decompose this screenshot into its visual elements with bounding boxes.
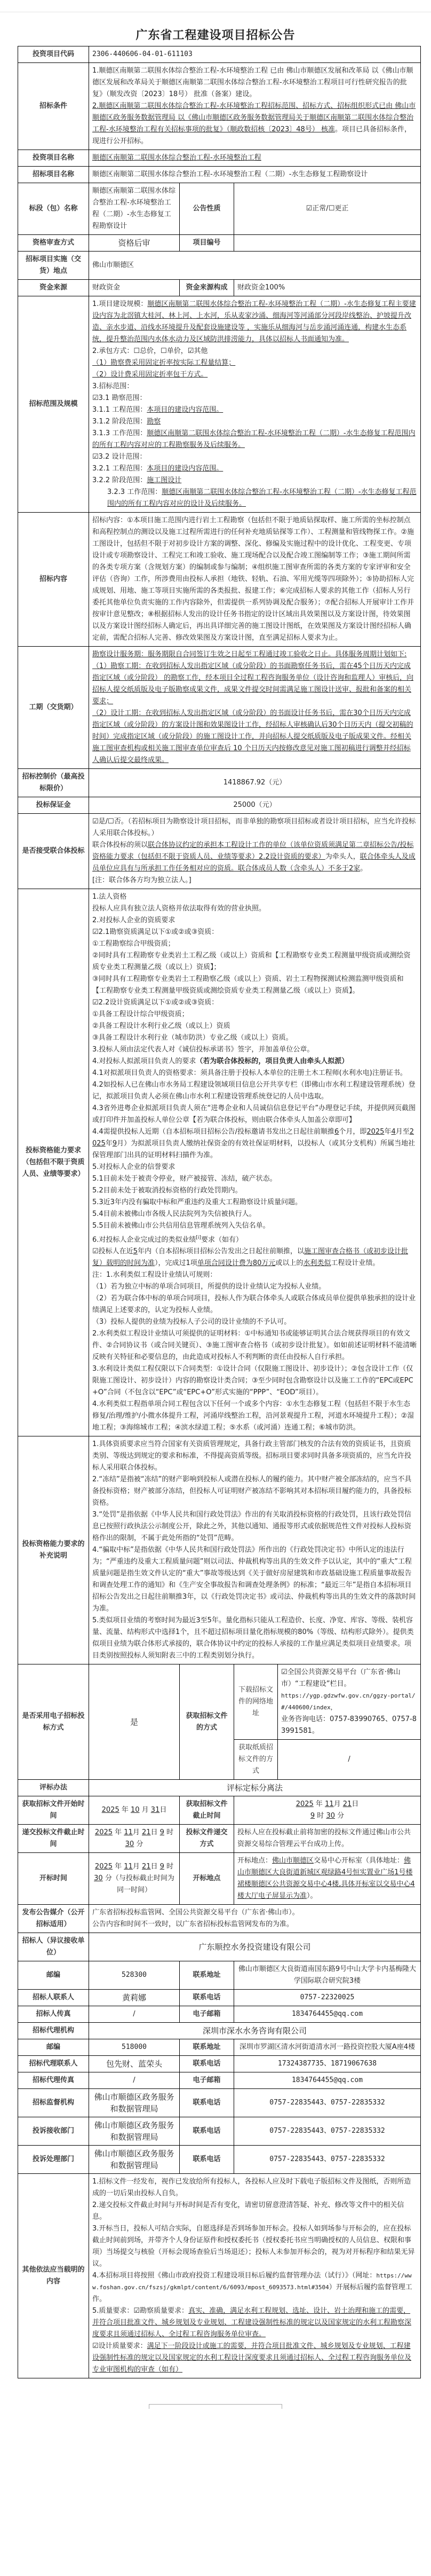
row-content: 招标内容 招标内容：①本项目施工范围内进行岩土工程勘察（包括但不限于地质钻探取样… (18, 513, 421, 647)
row-media: 发布公告媒介（公开招标适用） 广东省招标投标监管网、全国公共资源交易平台（广东省… (18, 1905, 421, 1933)
note-line: 5.类似项目业绩的考察时间为最近3至5年。量化指标只能从工程造价、长度、净宽、库… (92, 1615, 417, 1662)
tenderer-email-label: 电子邮箱 (180, 2006, 234, 2023)
l44-f: 月）为拟派项目负责人缴纳社保资金的有效社保证明材料，以投标人（或其分支机构）所属… (92, 1140, 415, 1159)
scope-value: 1.项目建设规模：顺德区南顺第二联围水体综合整治工程-水环境整治工程（二期）-水… (89, 296, 421, 513)
qualification-value: 资格后审 (89, 235, 180, 252)
req-line: ②同时具有工程勘察专业类岩土工程乙级（或以上）资质和【工程勘察专业类工程测量甲级… (92, 950, 417, 973)
tenderer-addr-value: 佛山市顺德区大良街道南国东路9号中山大学卡内基梅隆大学国际联合研究院3楼 (234, 1961, 421, 1990)
conditions-value: 1.顺德区南顺第二联围水体综合整治工程-水环境整治工程 已由 佛山市顺德区发展和… (89, 63, 421, 150)
label: 获取招标文件开始时间 (18, 1796, 89, 1825)
label: 是否接受联合体投标 (18, 814, 89, 889)
agent-fax-value: / (89, 2072, 180, 2089)
req-note: 3.水利设计类似工程仅限以下合同类型：①设计合同（仅限施工图设计、初步设计）；②… (92, 1363, 417, 1399)
req-note: 2.水利类似工程设计业绩认可须提供的证明材料：①中标通知书或能够证明其合法合规获… (92, 1328, 417, 1363)
month: 10 (131, 1806, 140, 1814)
contract-2: （2）设计费采用固定折率包干方式。 (92, 369, 417, 381)
row-other: 其他依法应当载明的内容 1.招标文件一经发布，视作已发放给所有投标人，各投标人应… (18, 2174, 421, 2378)
l44-y1: 2025 (366, 1128, 384, 1136)
label: 投资项目名称 (18, 150, 89, 167)
period-value: 勘察设计服务期：服务期限自合同签订生效之日起至工程通过竣工验收之日止。具体服务周… (89, 647, 421, 769)
investment-name-value: 顺德区南顺第二联围水体综合整治工程-水环境整治工程 (89, 150, 421, 167)
day: 21 (142, 1828, 151, 1836)
other-value: 1.招标文件一经发布，视作已发放给所有投标人，各投标人应及时下载电子版招标文件及… (89, 2174, 421, 2378)
req-note: （1）若为独立中标的单项合同项目，所提供的设计业绩认定为投标人业绩。 (92, 1281, 417, 1293)
place-mid: 交易中心开标室（具体地址： (314, 1857, 404, 1865)
l44-m1: 4 (391, 1128, 395, 1136)
req-line: 4.2如投标人已在佛山市水务局工程建设领域项目信息公开共享专栏（即佛山市水利工程… (92, 1079, 417, 1103)
row-submit: 递交投标文件截止时间 2025 年 11月 21日 9 时 30 分 投标文件递… (18, 1825, 421, 1853)
agent-addr-label: 联系地址 (180, 2039, 234, 2056)
place-city: 佛山市顺德区 (272, 1857, 314, 1865)
s313-prefix: 3.1.3 工作范围： (92, 429, 147, 437)
label: 招标控制价（最高投标限价） (18, 769, 89, 797)
row-complaint-receive: 投诉接收部门 佛山市顺德区政务服务和数据管理局 联系电话 0757-228354… (18, 2117, 421, 2146)
complaint-proc-phone-value: 0757-22835443、0757-22835332 (234, 2146, 421, 2174)
req-line: ①工程勘察综合甲级资质； (92, 938, 417, 950)
label: 递交投标文件截止时间 (18, 1825, 89, 1853)
req-note: （3）投标人提供的业绩为投标人子公司的设计业绩的不予认可。 (92, 1316, 417, 1328)
agent-email-label: 电子邮箱 (180, 2072, 234, 2089)
note-line: 3.“处罚”是指依据《中华人民共和国行政处罚法》作出的有关取消投标资格的行政处罚… (92, 1509, 417, 1544)
section-value: 顺德区南顺第二联围水体综合整治工程-水环境整治工程（二期）-水生态修复工程勘察设… (89, 183, 180, 235)
place-prefix: 开标地点： (237, 1857, 272, 1865)
req-line: 1.法人资格 (92, 891, 417, 903)
project-code-label: 项目编号 (180, 235, 234, 252)
evaluation-value: 评标定标分离法 (89, 1780, 421, 1796)
day: 21 (343, 1800, 352, 1808)
other-l5-prefix: 5.质量要求：☑勘察质量要求： (92, 2307, 188, 2315)
req-note: 注：1.水利类似工程设计业绩认可规则： (92, 1269, 417, 1281)
label: 开标时间 (18, 1853, 89, 1905)
label: 招标项目实施（交货）地点 (18, 252, 89, 280)
consortium-p1-tail: 。 (360, 865, 367, 873)
day: 31 (151, 1806, 160, 1814)
agent-postcode: 518000 (89, 2039, 180, 2056)
label: 投标保证金 (18, 797, 89, 814)
label: 招标人传真 (18, 2006, 89, 2023)
label: 招标人（异议接收单位） (18, 1933, 89, 1961)
row-consortium: 是否接受联合体投标 ☑是/☐否。（若招标项目为勘察设计项目招标，而非单独的勘察项… (18, 814, 421, 889)
submit-deadline-value: 2025 年 11月 21日 9 时 30 分 (89, 1825, 180, 1853)
complaint-proc-phone-label: 联系电话 (180, 2146, 234, 2174)
download-line1: ☑全国公共资源交易平台（广东省·佛山市）“工程建设”栏目。 (281, 1667, 417, 1690)
same-time-note: （与投标截止时间为同一时间） (112, 1874, 174, 1894)
other-l3: 3.开标当日，投标人可结合实际，自愿选择是否到场参加开标会。投标人如到场参与开标… (92, 2223, 417, 2270)
label: 招标范围及规模 (18, 296, 89, 513)
download-phone: 业务咨询电话：0757-83990765、0757-83991581。 (281, 1714, 417, 1737)
row-section: 标段（包）名称 顺德区南顺第二联围水体综合整治工程-水环境整治工程（二期）-水生… (18, 183, 421, 235)
label: 招标内容 (18, 513, 89, 647)
label: 投诉处理部门 (18, 2146, 89, 2174)
download-value: ☑全国公共资源交易平台（广东省·佛山市）“工程建设”栏目。 https://yg… (278, 1664, 421, 1740)
tenderer-phone-value: 0757-22320025 (234, 1990, 421, 2006)
download-label: 下载招标文件的网络地址 (234, 1664, 278, 1740)
req-line: 4.3省外进粤企业拟派项目负责人须在“进粤企业和人员诚信信息登记平台”办理登记手… (92, 1103, 417, 1126)
place-tail: ）。 (307, 1892, 317, 1900)
other-l1: 1.招标文件一经发布，视作已发放给所有投标人，各投标人应及时下载电子版招标文件及… (92, 2176, 417, 2200)
requirements-label-sub: （包括但不限于资质人员、业绩等要求） (22, 1158, 84, 1178)
label: 投诉接收部门 (18, 2117, 89, 2146)
row-agent: 招标代理机构 深圳市深水水务咨询有限公司 (18, 2023, 421, 2039)
consortium-p1-mid: 为牵头人， (325, 853, 360, 861)
s311-prefix: 3.1.1 工程范围： (92, 406, 147, 414)
minute: 30 (125, 1840, 134, 1848)
l6a-e: 工程设计业绩。 (331, 1259, 379, 1267)
investment-code-value: 2306-440606-04-01-611103 (89, 46, 421, 63)
agent-contact-value: 包先财、蓝荣头 (89, 2056, 180, 2072)
agent-addr-value: 深圳市罗湖区清水河街道清水河一路投资控股大厦A座4楼 (234, 2039, 421, 2056)
download-url-link[interactable]: https://ygp.gdzwfw.gov.cn/ggzy-portal/#/… (281, 1690, 417, 1714)
opening-place-label: 开标地点 (180, 1853, 234, 1905)
row-ceiling-price: 招标控制价（最高投标限价） 1418867.92（元） (18, 769, 421, 797)
note-line: 4.“骗取中标”是指依据《中华人民共和国行政处罚法》所作出的《行政处罚决定书》中… (92, 1544, 417, 1615)
hour: 9 (160, 1863, 164, 1871)
l6a-b: 年内（自本招标项目招标公告发出之日起往前顺推，以 (138, 1247, 304, 1255)
obtain-method-label: 获取招标文件的方式 (180, 1664, 234, 1780)
tenderer-phone-label: 联系电话 (180, 1990, 234, 2006)
nature-label: 公告性质 (180, 183, 234, 235)
s322: 施工图设计 (147, 476, 181, 484)
year: 2025 (95, 1863, 113, 1871)
label: 投资项目代码 (18, 46, 89, 63)
electronic-value: 是 (89, 1664, 180, 1780)
tenderer-postcode: 528300 (89, 1961, 180, 1990)
label: 评标办法 (18, 1780, 89, 1796)
agent-email-value: 1834764455@qq.com (234, 2072, 421, 2089)
month: 11 (325, 1800, 334, 1808)
submit-method-value: 投标人应在投标截止前将加密的投标文件通过佛山市公共资源交易综合管理云平台成功上传… (234, 1825, 421, 1853)
s321-prefix: 3.2.1 工程范围： (92, 465, 147, 473)
s312-prefix: 3.1.2 阶段范围： (92, 418, 147, 426)
supervisor-value: 佛山市顺德区政务服务和数据管理局 (89, 2089, 180, 2117)
supervisor-phone-value: 0757-22835443、0757-22835332 (234, 2089, 421, 2117)
complaint-recv-phone-value: 0757-22835443、0757-22835332 (234, 2117, 421, 2146)
investment-name-text: 顺德区南顺第二联围水体综合整治工程-水环境整治工程 (92, 154, 261, 162)
day: 21 (142, 1863, 151, 1871)
row-opening: 开标时间 2025 年 11月 21日 9 时 30 分（与投标截止时间为同一时… (18, 1853, 421, 1905)
range-title: 3.招标范围： (92, 381, 417, 392)
label: 招标代理机构 (18, 2023, 89, 2039)
req-line: ③同时具有工程勘察专业类岩土工程勘察乙级（或以上）资质、岩土工程物探测试检测监测… (92, 973, 417, 997)
nature-value: ☑正常/☐更正 (234, 183, 421, 235)
row-requirements: 投标资格能力要求（包括但不限于资质人员、业绩等要求） 1.法人资格 投标人应具有… (18, 889, 421, 1436)
row-deposit: 投标保证金 25000（元） (18, 797, 421, 814)
l6a-amount: 80万元 (253, 1259, 276, 1267)
row-obtain-time: 获取招标文件开始时间 2025 年 10 月 31日 获取招标文件截止时间 20… (18, 1796, 421, 1825)
funding-value: 财政资金 (89, 280, 180, 296)
req-line: ☑2.2设计资质满足以下①或②或③资质： (92, 997, 417, 1009)
req-line: 4.1对拟派项目负责人的资格要求：须具备注册于投标人本单位的注册土木工程师(水利… (92, 1067, 417, 1079)
note-line: 1.具体资质要求应当符合国家有关资质管理规定，具备行政主管部门核发的合法有效的资… (92, 1439, 417, 1474)
agent-value: 深圳市深水水务咨询有限公司 (89, 2023, 421, 2039)
s323-prefix: 3.2.3 工作范围： (107, 488, 162, 496)
row-investment-code: 投资项目代码 2306-440606-04-01-611103 (18, 46, 421, 63)
consortium-value: ☑是/☐否。（若招标项目为勘察设计项目招标，而非单独的勘察项目招标或者设计项目招… (89, 814, 421, 889)
label: 邮编 (18, 2039, 89, 2056)
l6a-type: 水利类似 (303, 1259, 331, 1267)
top-bar (0, 0, 431, 12)
row-tenderer-post: 邮编 528300 联系地址 佛山市顺德区大良街道南国东路9号中山大学卡内基梅隆… (18, 1961, 421, 1990)
row-requirements-note: 投标资格能力要求的补充说明 1.具体资质要求应当符合国家有关资质管理规定，具备行… (18, 1436, 421, 1664)
l44-b: 个月，即 (339, 1128, 366, 1136)
row-conditions: 招标条件 1.顺德区南顺第二联围水体综合整治工程-水环境整治工程 已由 佛山市顺… (18, 63, 421, 150)
obtain-end-label: 获取招标文件截止时间 (180, 1796, 234, 1825)
funding-structure-label: 资金来源构成 (180, 280, 234, 296)
label: 投标资格能力要求（包括但不限于资质人员、业绩等要求） (18, 889, 89, 1436)
paper-value: / (278, 1740, 421, 1780)
supervisor-phone-label: 联系电话 (180, 2089, 234, 2117)
agent-phone-label: 联系电话 (180, 2056, 234, 2072)
period-p2: （2）设计工期：在收到招标人发出指定区域（或分阶段）的书面设计任务书后，需在30… (92, 708, 417, 766)
req-line: ①具备工程设计综合甲级资质； (92, 1009, 417, 1020)
label: 招标项目名称 (18, 167, 89, 183)
req-note: 4.水利类似工程指单项合同工程包含以下任何一个或多个内容：①水生态修复工程（包括… (92, 1399, 417, 1434)
page-title: 广东省工程建设项目招标公告 (0, 26, 431, 43)
project-code-value (234, 235, 421, 252)
row-investment-name: 投资项目名称 顺德区南顺第二联围水体综合整治工程-水环境整治工程 (18, 150, 421, 167)
row-tenderer: 招标人（异议接收单位） 广东顺控水务投资建设有限公司 (18, 1933, 421, 1961)
ceiling-price-value: 1418867.92（元） (89, 769, 421, 797)
obtain-start-value: 2025 年 10 月 31日 (89, 1796, 180, 1825)
scale-prefix: 1.项目建设规模： (92, 300, 147, 308)
row-agent-contact: 招标代理联系人 包先财、蓝荣头 联系电话 17324387735、1871906… (18, 2056, 421, 2072)
req-line: 5.对投标人企业的信誉要求 (92, 1161, 417, 1173)
consortium-p1-prefix: 联合体投标的须以 (92, 841, 148, 849)
tenderer-contact-value: 黄莉娜 (89, 1990, 180, 2006)
s311: 本项目的建设内容范围。 (147, 406, 223, 414)
submit-method-label: 投标文件递交方式 (180, 1825, 234, 1853)
row-electronic: 是否采用电子招标投标方式 是 获取招标文件的方式 下载招标文件的网络地址 ☑全国… (18, 1664, 421, 1740)
paper-label: 获取纸质招标文件的方式 (234, 1740, 278, 1780)
label: 邮编 (18, 1961, 89, 1990)
l44-m2: 9 (113, 1140, 117, 1148)
agent-phone-value: 17324387735、18719067638 (234, 2056, 421, 2072)
s322-prefix: 3.2.2 阶段范围： (92, 476, 147, 484)
media-line1: 广东省招标投标监管网、全国公共资源交易平台（广东省·佛山市）。 (92, 1907, 417, 1919)
requirements-value: 1.法人资格 投标人应具有独立法人资格并依法取得有效的营业执照。 2.对投标人企… (89, 889, 421, 1436)
row-tenderer-fax: 招标人传真 / 电子邮箱 1834764455@qq.com (18, 2006, 421, 2023)
label: 投标资格能力要求的补充说明 (18, 1436, 89, 1664)
row-funding: 资金来源 财政资金 资金来源构成 财政资金100% (18, 280, 421, 296)
complaint-proc-value: 佛山市顺德区政务服务和数据管理局 (89, 2146, 180, 2174)
req-line: 5.5目前未被佛山市公共信用信息管理系统列入失信名单。 (92, 1220, 417, 1232)
deposit-value: 25000（元） (89, 797, 421, 814)
media-value: 广东省招标投标监管网、全国公共资源交易平台（广东省·佛山市）。 公告内容和时间不… (89, 1905, 421, 1933)
note-line: 2.“冻结”是指被“冻结”的财产影响到投标人或潜在投标人的履约能力。其中财产被全… (92, 1474, 417, 1509)
minute: 30 (326, 1812, 335, 1820)
conditions-p1: 1.顺德区南顺第二联围水体综合整治工程-水环境整治工程 已由 佛山市顺德区发展和… (92, 65, 417, 100)
footnote-ref[interactable]: [i] (196, 1235, 201, 1240)
row-tenderer-contact: 招标人联系人 黄莉娜 联系电话 0757-22320025 (18, 1990, 421, 2006)
contract-mode: 2.承包方式：☐总价，☐单价，☑其他 (92, 345, 417, 357)
requirements-note-value: 1.具体资质要求应当符合国家有关资质管理规定，具备行政主管部门核发的合法有效的资… (89, 1436, 421, 1664)
complaint-recv-phone-label: 联系电话 (180, 2117, 234, 2146)
announcement-table: 投资项目代码 2306-440606-04-01-611103 招标条件 1.顺… (18, 46, 421, 2378)
l6a-years: 5 (133, 1247, 138, 1255)
req-l6-tail: 要求（如有） (201, 1236, 243, 1244)
period-p0: 勘察设计服务期：服务期限自合同签订生效之日起至工程通过竣工验收之日止。具体服务周… (92, 649, 417, 661)
l44-d: 月至 (396, 1128, 410, 1136)
content-value: 招标内容：①本项目施工范围内进行岩土工程勘察（包括但不限于地质钻探取样、施工所需… (89, 513, 421, 647)
req-line: 投标人应具有独立法人资格并依法取得有效的营业执照。 (92, 903, 417, 915)
obtain-end-value: 2025 年 11月 21日 9 时 30 分 (234, 1796, 421, 1825)
label: 发布公告媒介（公开招标适用） (18, 1905, 89, 1933)
location-value: 佛山市顺德区 (89, 252, 421, 280)
label: 是否采用电子招标投标方式 (18, 1664, 89, 1780)
tenderer-email-value: 1834764455@qq.com (234, 2006, 421, 2023)
other-l2: 2.递交投标文件截止时间与开标时间是否有变化，请密切留意澄清答疑、补充、修改等文… (92, 2200, 417, 2223)
minute: 30 (94, 1874, 103, 1882)
req-line: ☑2.1勘察资质满足以下①或②或③资质： (92, 926, 417, 938)
label: 工期（交货期） (18, 647, 89, 769)
req-line: 5.1目前未处于被责令停业，财产被接管、冻结，破产状态。 (92, 1173, 417, 1185)
row-agent-fax: 招标代理传真 / 电子邮箱 1834764455@qq.com (18, 2072, 421, 2089)
year: 2025 (102, 1806, 119, 1814)
row-complaint-process: 投诉处理部门 佛山市顺德区政务服务和数据管理局 联系电话 0757-228354… (18, 2146, 421, 2174)
l6a-u2: 单项合同设计费为 (197, 1259, 253, 1267)
month: 11 (124, 1828, 133, 1836)
other-l4-a: 4.本招标项目将按照《佛山市政府投资工程建设项目标后履约监督管理办法（试行）》（… (92, 2272, 376, 2280)
row-location: 招标项目实施（交货）地点 佛山市顺德区 (18, 252, 421, 280)
contract-1: （1）勘察费采用固定折率按实际工程量结算； (92, 357, 417, 369)
row-supervisor: 招标监督机构 佛山市顺德区政务服务和数据管理局 联系电话 0757-228354… (18, 2089, 421, 2117)
month: 11 (124, 1863, 133, 1871)
l6a-a: ☑投标人在近 (92, 1247, 133, 1255)
req-note: （2）若为联合体中标的单项合同项目，投标人作为联合体牵头人或联合体成员单位提供单… (92, 1293, 417, 1316)
year: 2025 (296, 1800, 314, 1808)
bottom-divider (149, 2404, 282, 2409)
row-agent-post: 邮编 518000 联系地址 深圳市罗湖区清水河街道清水河一路投资控股大厦A座4… (18, 2039, 421, 2056)
label: 招标代理联系人 (18, 2056, 89, 2072)
consortium-p0: ☑是/☐否。（若招标项目为勘察设计项目招标，而非单独的勘察项目招标或者设计项目招… (92, 816, 417, 839)
req-l6: 6.对投标人企业完成过的类似业绩 (92, 1236, 196, 1244)
label: 标段（包）名称 (18, 183, 89, 235)
media-line2: 公告内容和时间不一致时，以广东省招标投标监管网发布的为准。 (92, 1919, 417, 1930)
complaint-recv-value: 佛山市顺德区政务服务和数据管理局 (89, 2117, 180, 2146)
tenderer-fax-value: / (89, 2006, 180, 2023)
consortium-note: [注：联合体各方均为独立法人。] (92, 875, 417, 886)
req-line: 2.对投标人企业的资质要求 (92, 915, 417, 926)
req-line: 5.2目前未处于被取消投标资格的行政处罚期内。 (92, 1185, 417, 1197)
label: 资格审查方式 (18, 235, 89, 252)
l44-c: 年 (384, 1128, 391, 1136)
req-line: ②具备工程设计水利行业乙级（或以上）资质 (92, 1020, 417, 1032)
design-title: ☑3.2 设计范围： (92, 451, 417, 463)
tenderer-value: 广东顺控水务投资建设有限公司 (89, 1933, 421, 1961)
year: 2025 (95, 1828, 113, 1836)
label: 招标条件 (18, 63, 89, 150)
hour: 9 (310, 1812, 315, 1820)
label: 招标监督机构 (18, 2089, 89, 2117)
survey-title: ☑3.1 勘察范围： (92, 392, 417, 404)
other-l5-design-prefix: ☑设计质量要求： (92, 2342, 147, 2350)
l44-a: 4.4需提供投标人近期（自本招标项目招标公告/投标邀请书发出之日起往前顺推 (92, 1128, 334, 1136)
req-line: 3.投标人须由法定代表人对《诚信投标承诺书》签字，并加盖单位公章。 (92, 1044, 417, 1056)
row-bid-project-name: 招标项目名称 顺德区南顺第二联围水体综合整治工程-水环境整治工程（二期）-水生态… (18, 167, 421, 183)
req-l4-bold: （若为联合体投标的，项目负责人由牵头人拟派） (196, 1057, 348, 1065)
req-line: 5.3近3年内没有骗取中标和严重违约及重大工程勘察设计质量问题。 (92, 1197, 417, 1208)
l6a-d: 或以上的 (275, 1259, 303, 1267)
period-p1: （1）勘察工期：在收到招标人发出指定区域（或分阶段）的书面勘察任务书后，需在45… (92, 661, 417, 708)
hour: 9 (160, 1828, 164, 1836)
funding-structure-value: 财政资金100% (234, 280, 421, 296)
label: 资金来源 (18, 280, 89, 296)
row-evaluation: 评标办法 评标定标分离法 (18, 1780, 421, 1796)
req-line: ③具备工程设计水利行业（城市防洪）专业乙级（或以上）资质。 (92, 1032, 417, 1044)
req-line: 5.4目前未被佛山市各级人民法院列为失信被执行人。 (92, 1208, 417, 1220)
opening-time-value: 2025 年 11月 21日 9 时 30 分（与投标截止时间为同一时间） (89, 1853, 180, 1905)
opening-place-value: 开标地点：佛山市顺德区交易中心开标室（具体地址：佛山市顺德区大良街道新城区观绿路… (234, 1853, 421, 1905)
tenderer-addr-label: 联系地址 (180, 1961, 234, 1990)
label: 其他依法应当载明的内容 (18, 2174, 89, 2378)
label: 招标代理传真 (18, 2072, 89, 2089)
l6a-c: ），完成过1项 (155, 1259, 197, 1267)
l44-e: 年 (106, 1140, 113, 1148)
row-period: 工期（交货期） 勘察设计服务期：服务期限自合同签订生效之日起至工程通过竣工验收之… (18, 647, 421, 769)
s312: 勘察 (147, 418, 161, 426)
s321: 本项目的建设内容范围。 (147, 465, 223, 473)
req-l4-prefix: 4.对投标人拟派项目负责人的要求 (92, 1057, 196, 1065)
requirements-label: 投标资格能力要求 (26, 1146, 81, 1155)
label: 招标人联系人 (18, 1990, 89, 2006)
row-qualification: 资格审查方式 资格后审 项目编号 (18, 235, 421, 252)
bid-project-name-value: 顺德区南顺第二联围水体综合整治工程-水环境整治工程（二期）-水生态修复工程勘察设… (89, 167, 421, 183)
row-scope: 招标范围及规模 1.项目建设规模：顺德区南顺第二联围水体综合整治工程-水环境整治… (18, 296, 421, 513)
